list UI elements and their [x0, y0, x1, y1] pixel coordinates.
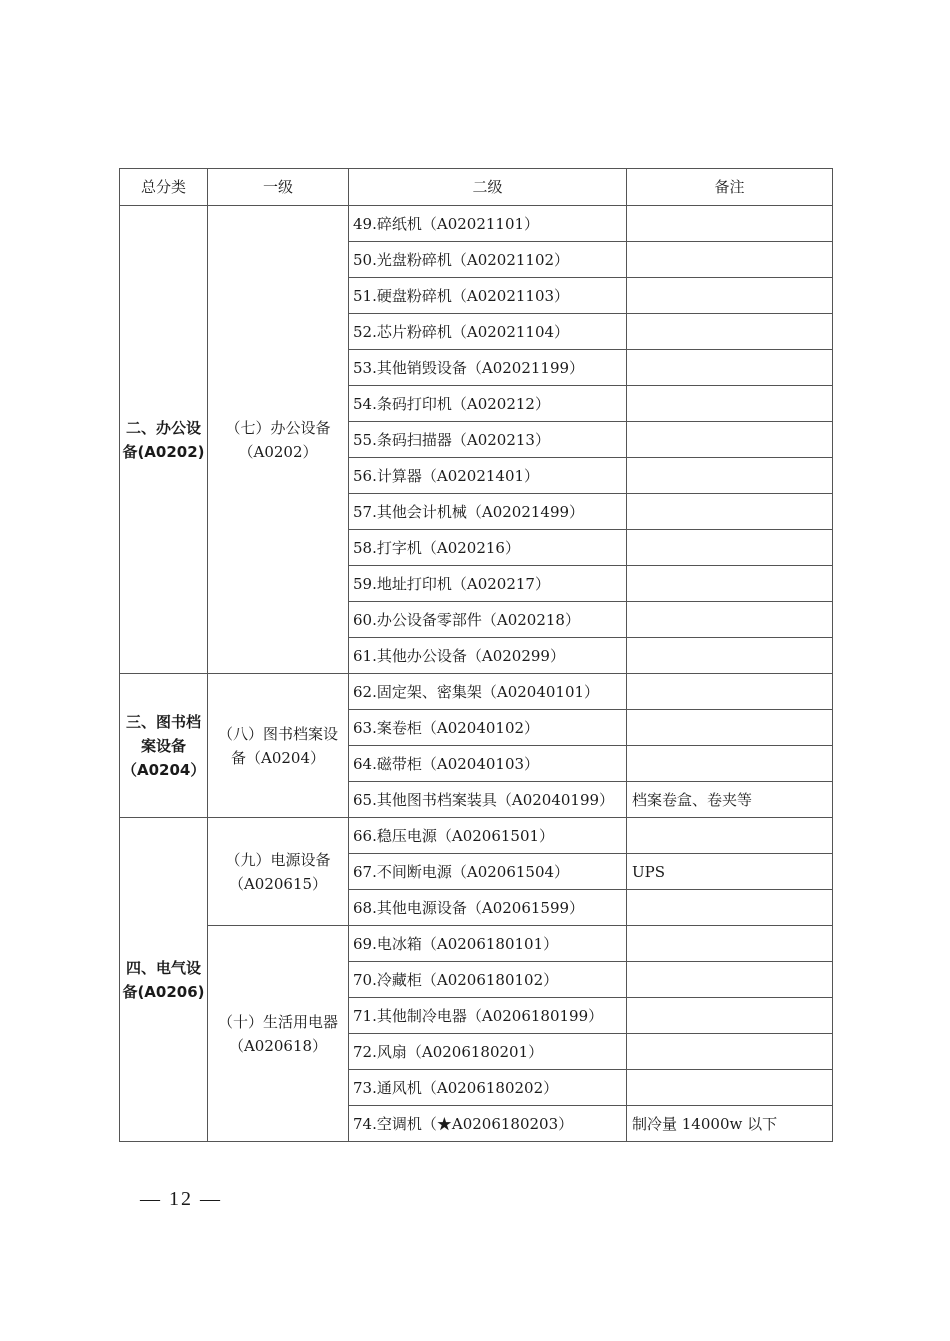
header-category: 总分类 — [120, 169, 208, 206]
level1-cell: （七）办公设备（A0202） — [208, 206, 349, 674]
header-level2: 二级 — [349, 169, 627, 206]
table-header-row: 总分类 一级 二级 备注 — [120, 169, 833, 206]
level2-cell: 67.不间断电源（A02061504） — [349, 854, 627, 890]
level2-cell: 69.电冰箱（A0206180101） — [349, 926, 627, 962]
level2-cell: 63.案卷柜（A02040102） — [349, 710, 627, 746]
table-row: 四、电气设备(A0206) （九）电源设备（A020615） 66.稳压电源（A… — [120, 818, 833, 854]
note-cell — [627, 350, 833, 386]
level2-cell: 49.碎纸机（A02021101） — [349, 206, 627, 242]
table-row: 三、图书档案设备（A0204） （八）图书档案设备（A0204） 62.固定架、… — [120, 674, 833, 710]
level2-cell: 60.办公设备零部件（A020218） — [349, 602, 627, 638]
note-cell — [627, 674, 833, 710]
header-notes: 备注 — [627, 169, 833, 206]
category-cell: 四、电气设备(A0206) — [120, 818, 208, 1142]
note-cell — [627, 494, 833, 530]
note-cell — [627, 890, 833, 926]
note-cell — [627, 1070, 833, 1106]
note-cell — [627, 278, 833, 314]
header-level1: 一级 — [208, 169, 349, 206]
table-row: 二、办公设备(A0202) （七）办公设备（A0202） 49.碎纸机（A020… — [120, 206, 833, 242]
note-cell — [627, 386, 833, 422]
note-cell — [627, 998, 833, 1034]
catalog-table: 总分类 一级 二级 备注 二、办公设备(A0202) （七）办公设备（A0202… — [119, 168, 833, 1142]
category-cell: 二、办公设备(A0202) — [120, 206, 208, 674]
note-cell: 制冷量 14000w 以下 — [627, 1106, 833, 1142]
note-cell — [627, 458, 833, 494]
note-cell — [627, 962, 833, 998]
note-cell — [627, 926, 833, 962]
note-cell — [627, 1034, 833, 1070]
note-cell — [627, 602, 833, 638]
level1-cell: （九）电源设备（A020615） — [208, 818, 349, 926]
level2-cell: 65.其他图书档案装具（A02040199） — [349, 782, 627, 818]
level2-cell: 73.通风机（A0206180202） — [349, 1070, 627, 1106]
level2-cell: 58.打字机（A020216） — [349, 530, 627, 566]
level2-cell: 52.芯片粉碎机（A02021104） — [349, 314, 627, 350]
level2-cell: 53.其他销毁设备（A02021199） — [349, 350, 627, 386]
level2-cell: 59.地址打印机（A020217） — [349, 566, 627, 602]
note-cell — [627, 818, 833, 854]
category-cell: 三、图书档案设备（A0204） — [120, 674, 208, 818]
level2-cell: 55.条码扫描器（A020213） — [349, 422, 627, 458]
level2-cell: 51.硬盘粉碎机（A02021103） — [349, 278, 627, 314]
level2-cell: 57.其他会计机械（A02021499） — [349, 494, 627, 530]
note-cell — [627, 314, 833, 350]
note-cell — [627, 530, 833, 566]
note-cell — [627, 566, 833, 602]
note-cell: UPS — [627, 854, 833, 890]
level2-cell: 74.空调机（★A0206180203） — [349, 1106, 627, 1142]
level2-cell: 72.风扇（A0206180201） — [349, 1034, 627, 1070]
level2-cell: 70.冷藏柜（A0206180102） — [349, 962, 627, 998]
level2-cell: 66.稳压电源（A02061501） — [349, 818, 627, 854]
note-cell — [627, 422, 833, 458]
note-cell — [627, 242, 833, 278]
level2-cell: 54.条码打印机（A020212） — [349, 386, 627, 422]
table-row: （十）生活用电器（A020618） 69.电冰箱（A0206180101） — [120, 926, 833, 962]
note-cell: 档案卷盒、卷夹等 — [627, 782, 833, 818]
level2-cell: 64.磁带柜（A02040103） — [349, 746, 627, 782]
level1-cell: （十）生活用电器（A020618） — [208, 926, 349, 1142]
level2-cell: 61.其他办公设备（A020299） — [349, 638, 627, 674]
level2-cell: 62.固定架、密集架（A02040101） — [349, 674, 627, 710]
note-cell — [627, 746, 833, 782]
level2-cell: 50.光盘粉碎机（A02021102） — [349, 242, 627, 278]
note-cell — [627, 710, 833, 746]
level2-cell: 56.计算器（A02021401） — [349, 458, 627, 494]
page-number: — 12 — — [140, 1188, 222, 1211]
level2-cell: 71.其他制冷电器（A0206180199） — [349, 998, 627, 1034]
level2-cell: 68.其他电源设备（A02061599） — [349, 890, 627, 926]
level1-cell: （八）图书档案设备（A0204） — [208, 674, 349, 818]
note-cell — [627, 638, 833, 674]
note-cell — [627, 206, 833, 242]
